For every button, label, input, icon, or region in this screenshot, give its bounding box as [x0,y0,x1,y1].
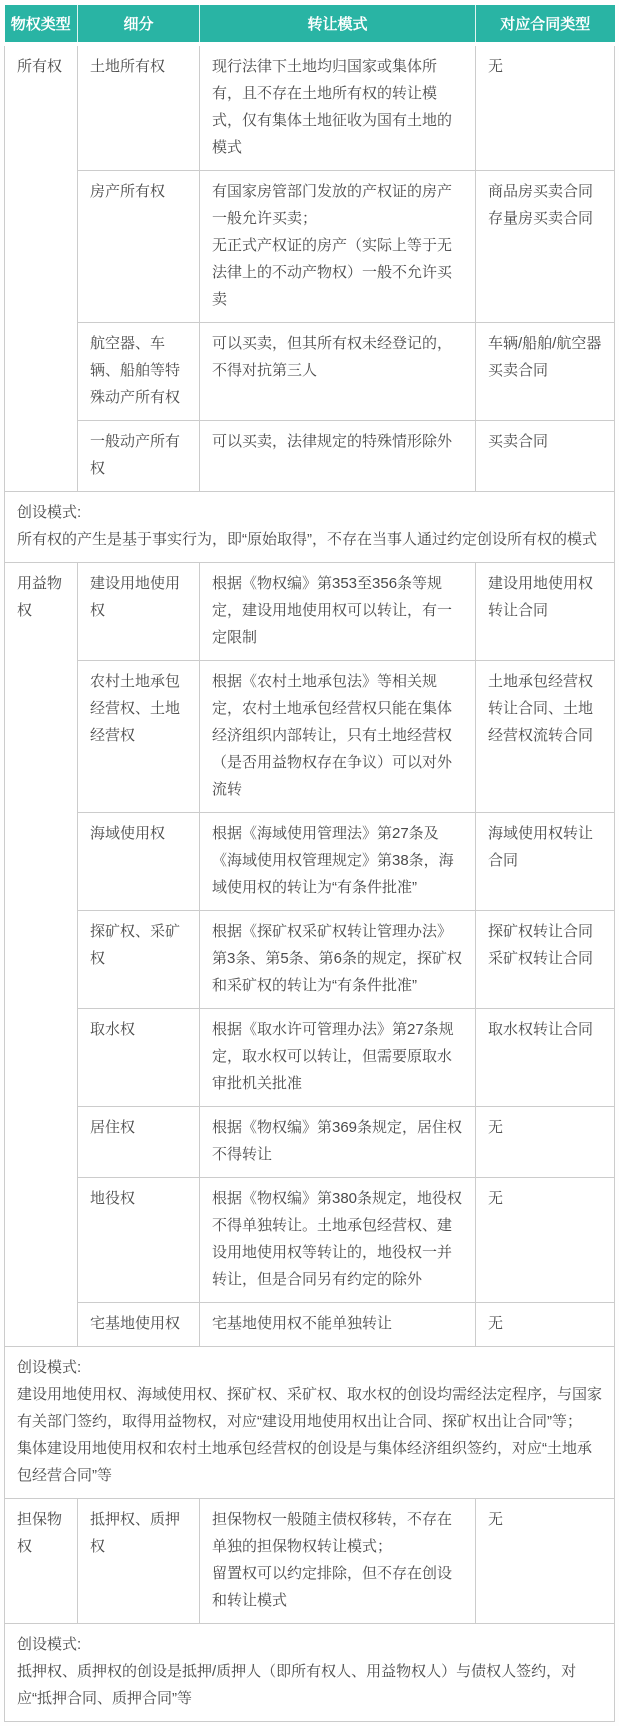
table-row: 取水权 根据《取水许可管理办法》第27条规定，取水权可以转让，但需要原取水审批机… [5,1009,615,1107]
contract-type-cell: 无 [476,1107,615,1178]
subdivision-cell: 航空器、车辆、船舶等特殊动产所有权 [78,323,200,421]
subdivision-cell: 抵押权、质押权 [78,1499,200,1624]
col-header-transfer-mode: 转让模式 [200,5,476,44]
contract-type-cell: 海域使用权转让合同 [476,813,615,911]
subdivision-cell: 宅基地使用权 [78,1303,200,1347]
subdivision-cell: 建设用地使用权 [78,563,200,661]
contract-type-cell: 商品房买卖合同 存量房买卖合同 [476,171,615,323]
contract-type-cell: 土地承包经营权转让合同、土地经营权流转合同 [476,661,615,813]
header-row: 物权类型 细分 转让模式 对应合同类型 [5,5,615,44]
table-row: 房产所有权 有国家房管部门发放的产权证的房产一般允许买卖； 无正式产权证的房产（… [5,171,615,323]
table-row: 农村土地承包经营权、土地经营权 根据《农村土地承包法》等相关规定，农村土地承包经… [5,661,615,813]
transfer-mode-cell: 可以买卖，法律规定的特殊情形除外 [200,421,476,492]
transfer-mode-cell: 宅基地使用权不能单独转让 [200,1303,476,1347]
group-cell-security-right: 担保物权 [5,1499,78,1624]
contract-type-cell: 无 [476,1303,615,1347]
table-row: 担保物权 抵押权、质押权 担保物权一般随主债权移转，不存在单独的担保物权转让模式… [5,1499,615,1624]
transfer-mode-cell: 担保物权一般随主债权移转，不存在单独的担保物权转让模式； 留置权可以约定排除，但… [200,1499,476,1624]
note-row: 创设模式: 所有权的产生是基于事实行为，即“原始取得”，不存在当事人通过约定创设… [5,492,615,563]
subdivision-cell: 地役权 [78,1178,200,1303]
transfer-mode-cell: 根据《农村土地承包法》等相关规定，农村土地承包经营权只能在集体经济组织内部转让，… [200,661,476,813]
col-header-contract-type: 对应合同类型 [476,5,615,44]
transfer-mode-cell: 根据《物权编》第353至356条等规定，建设用地使用权可以转让，有一定限制 [200,563,476,661]
group-cell-ownership: 所有权 [5,44,78,492]
creation-mode-note-security: 创设模式: 抵押权、质押权的创设是抵押/质押人（即所有权人、用益物权人）与债权人… [5,1624,615,1722]
contract-type-cell: 买卖合同 [476,421,615,492]
table-row: 所有权 土地所有权 现行法律下土地均归国家或集体所有，且不存在土地所有权的转让模… [5,44,615,171]
transfer-mode-cell: 根据《探矿权采矿权转让管理办法》第3条、第5条、第6条的规定，探矿权和采矿权的转… [200,911,476,1009]
subdivision-cell: 居住权 [78,1107,200,1178]
property-rights-table: 物权类型 细分 转让模式 对应合同类型 所有权 土地所有权 现行法律下土地均归国… [4,5,615,1722]
creation-mode-note-usufructuary: 创设模式: 建设用地使用权、海域使用权、探矿权、采矿权、取水权的创设均需经法定程… [5,1347,615,1499]
table-row: 一般动产所有权 可以买卖，法律规定的特殊情形除外 买卖合同 [5,421,615,492]
subdivision-cell: 海域使用权 [78,813,200,911]
contract-type-cell: 无 [476,1178,615,1303]
transfer-mode-cell: 根据《海域使用管理法》第27条及《海域使用权管理规定》第38条，海域使用权的转让… [200,813,476,911]
table-row: 探矿权、采矿权 根据《探矿权采矿权转让管理办法》第3条、第5条、第6条的规定，探… [5,911,615,1009]
subdivision-cell: 取水权 [78,1009,200,1107]
subdivision-cell: 农村土地承包经营权、土地经营权 [78,661,200,813]
page: 物权类型 细分 转让模式 对应合同类型 所有权 土地所有权 现行法律下土地均归国… [0,0,619,1726]
contract-type-cell: 取水权转让合同 [476,1009,615,1107]
contract-type-cell: 车辆/船舶/航空器买卖合同 [476,323,615,421]
transfer-mode-cell: 有国家房管部门发放的产权证的房产一般允许买卖； 无正式产权证的房产（实际上等于无… [200,171,476,323]
subdivision-cell: 探矿权、采矿权 [78,911,200,1009]
creation-mode-note-ownership: 创设模式: 所有权的产生是基于事实行为，即“原始取得”，不存在当事人通过约定创设… [5,492,615,563]
note-row: 创设模式: 建设用地使用权、海域使用权、探矿权、采矿权、取水权的创设均需经法定程… [5,1347,615,1499]
contract-type-cell: 无 [476,1499,615,1624]
table-row: 宅基地使用权 宅基地使用权不能单独转让 无 [5,1303,615,1347]
table-row: 海域使用权 根据《海域使用管理法》第27条及《海域使用权管理规定》第38条，海域… [5,813,615,911]
transfer-mode-cell: 根据《物权编》第369条规定，居住权不得转让 [200,1107,476,1178]
table-row: 地役权 根据《物权编》第380条规定，地役权不得单独转让。土地承包经营权、建设用… [5,1178,615,1303]
subdivision-cell: 土地所有权 [78,44,200,171]
table-row: 航空器、车辆、船舶等特殊动产所有权 可以买卖，但其所有权未经登记的，不得对抗第三… [5,323,615,421]
col-header-property-right-type: 物权类型 [5,5,78,44]
transfer-mode-cell: 根据《取水许可管理办法》第27条规定，取水权可以转让，但需要原取水审批机关批准 [200,1009,476,1107]
transfer-mode-cell: 现行法律下土地均归国家或集体所有，且不存在土地所有权的转让模式，仅有集体土地征收… [200,44,476,171]
subdivision-cell: 一般动产所有权 [78,421,200,492]
group-cell-usufructuary-right: 用益物权 [5,563,78,1347]
note-row: 创设模式: 抵押权、质押权的创设是抵押/质押人（即所有权人、用益物权人）与债权人… [5,1624,615,1722]
contract-type-cell: 探矿权转让合同 采矿权转让合同 [476,911,615,1009]
table-row: 用益物权 建设用地使用权 根据《物权编》第353至356条等规定，建设用地使用权… [5,563,615,661]
contract-type-cell: 建设用地使用权转让合同 [476,563,615,661]
transfer-mode-cell: 可以买卖，但其所有权未经登记的，不得对抗第三人 [200,323,476,421]
transfer-mode-cell: 根据《物权编》第380条规定，地役权不得单独转让。土地承包经营权、建设用地使用权… [200,1178,476,1303]
table-row: 居住权 根据《物权编》第369条规定，居住权不得转让 无 [5,1107,615,1178]
contract-type-cell: 无 [476,44,615,171]
subdivision-cell: 房产所有权 [78,171,200,323]
col-header-subdivision: 细分 [78,5,200,44]
